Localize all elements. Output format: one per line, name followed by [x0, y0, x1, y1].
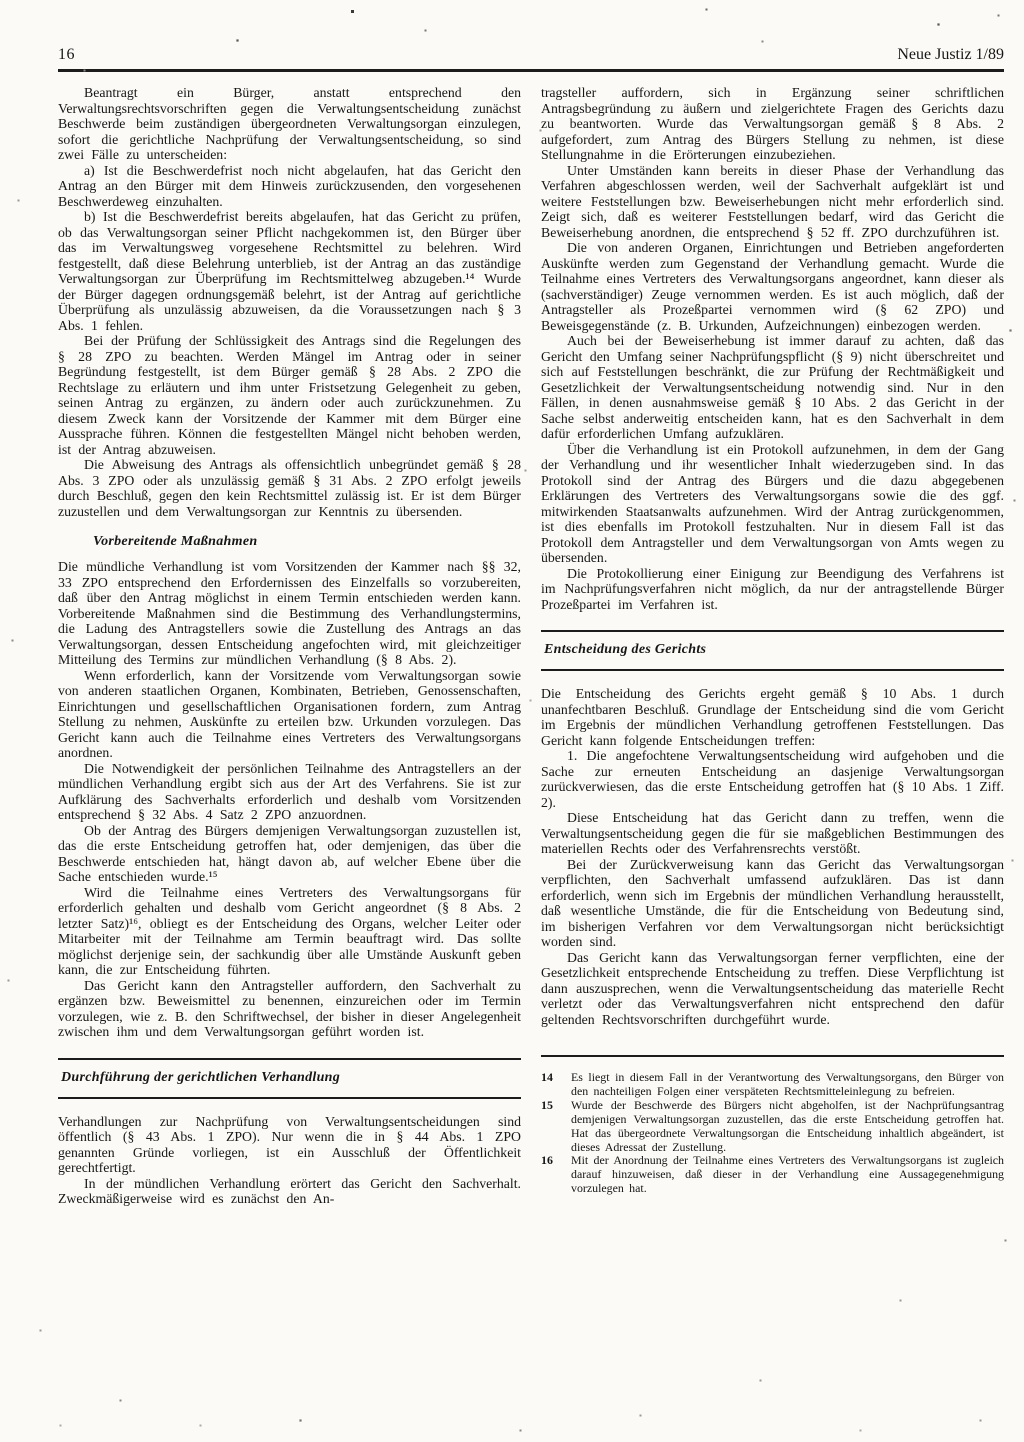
footnote-text: Mit der Anordnung der Teilnahme eines Ve… — [571, 1154, 1004, 1196]
section-heading-vorbereitende-massnahmen: Vorbereitende Maßnahmen — [93, 534, 521, 550]
page-number: 16 — [58, 46, 75, 64]
paragraph: In der mündlichen Verhandlung erörtert d… — [58, 1176, 521, 1207]
paragraph: Wird die Teilnahme eines Vertreters des … — [58, 885, 521, 978]
paragraph: Verhandlungen zur Nachprüfung von Verwal… — [58, 1114, 521, 1176]
footnote: 16 Mit der Anordnung der Teilnahme eines… — [541, 1154, 1004, 1196]
footnote-number: 14 — [541, 1071, 571, 1099]
paragraph: tragsteller auffordern, sich in Ergänzun… — [541, 85, 1004, 163]
paragraph: Beantragt ein Bürger, anstatt entspreche… — [58, 85, 521, 163]
footnote: 14 Es liegt in diesem Fall in der Verant… — [541, 1071, 1004, 1099]
right-column: tragsteller auffordern, sich in Ergänzun… — [541, 85, 1004, 1207]
footnote-number: 15 — [541, 1099, 571, 1155]
footnote: 15 Wurde der Beschwerde des Bürgers nich… — [541, 1099, 1004, 1155]
scanned-journal-page: 16 Neue Justiz 1/89 Beantragt ein Bürger… — [0, 0, 1024, 1442]
paragraph: b) Ist die Beschwerdefrist bereits abgel… — [58, 209, 521, 333]
paragraph: Wenn erforderlich, kann der Vorsitzende … — [58, 668, 521, 761]
paragraph: Bei der Zurückverweisung kann das Gerich… — [541, 857, 1004, 950]
paragraph: a) Ist die Beschwerdefrist noch nicht ab… — [58, 163, 521, 210]
paragraph: Die Notwendigkeit der persönlichen Teiln… — [58, 761, 521, 823]
section-heading-entscheidung-des-gerichts: Entscheidung des Gerichts — [541, 630, 1004, 671]
journal-title: Neue Justiz 1/89 — [897, 46, 1004, 64]
footnote-number: 16 — [541, 1154, 571, 1196]
footnote-text: Es liegt in diesem Fall in der Verantwor… — [571, 1071, 1004, 1099]
footnote-separator — [541, 1055, 1004, 1057]
paragraph: Diese Entscheidung hat das Gericht dann … — [541, 810, 1004, 857]
page-header: 16 Neue Justiz 1/89 — [58, 46, 1004, 72]
two-column-layout: Beantragt ein Bürger, anstatt entspreche… — [58, 85, 1004, 1207]
paragraph: Über die Verhandlung ist ein Protokoll a… — [541, 442, 1004, 566]
scan-noise — [0, 0, 1, 1]
paragraph: Ob der Antrag des Bürgers demjenigen Ver… — [58, 823, 521, 885]
paragraph: Das Gericht kann den Antragsteller auffo… — [58, 978, 521, 1040]
left-column: Beantragt ein Bürger, anstatt entspreche… — [58, 85, 521, 1207]
paragraph: Die von anderen Organen, Einrichtungen u… — [541, 240, 1004, 333]
footnote-text: Wurde der Beschwerde des Bürgers nicht a… — [571, 1099, 1004, 1155]
paragraph: 1. Die angefochtene Verwaltungsentscheid… — [541, 748, 1004, 810]
paragraph: Die Abweisung des Antrags als offensicht… — [58, 457, 521, 519]
page-content: 16 Neue Justiz 1/89 Beantragt ein Bürger… — [0, 0, 1024, 1207]
section-heading-durchfuehrung-der-gerichtlichen-verhandlung: Durchführung der gerichtlichen Verhandlu… — [58, 1058, 521, 1099]
paragraph: Die mündliche Verhandlung ist vom Vorsit… — [58, 559, 521, 668]
paragraph: Die Protokollierung einer Einigung zur B… — [541, 566, 1004, 613]
paragraph: Unter Umständen kann bereits in dieser P… — [541, 163, 1004, 241]
paragraph: Auch bei der Beweiserhebung ist immer da… — [541, 333, 1004, 442]
paragraph: Die Entscheidung des Gerichts ergeht gem… — [541, 686, 1004, 748]
paragraph: Bei der Prüfung der Schlüssigkeit des An… — [58, 333, 521, 457]
paragraph: Das Gericht kann das Verwaltungsorgan fe… — [541, 950, 1004, 1028]
